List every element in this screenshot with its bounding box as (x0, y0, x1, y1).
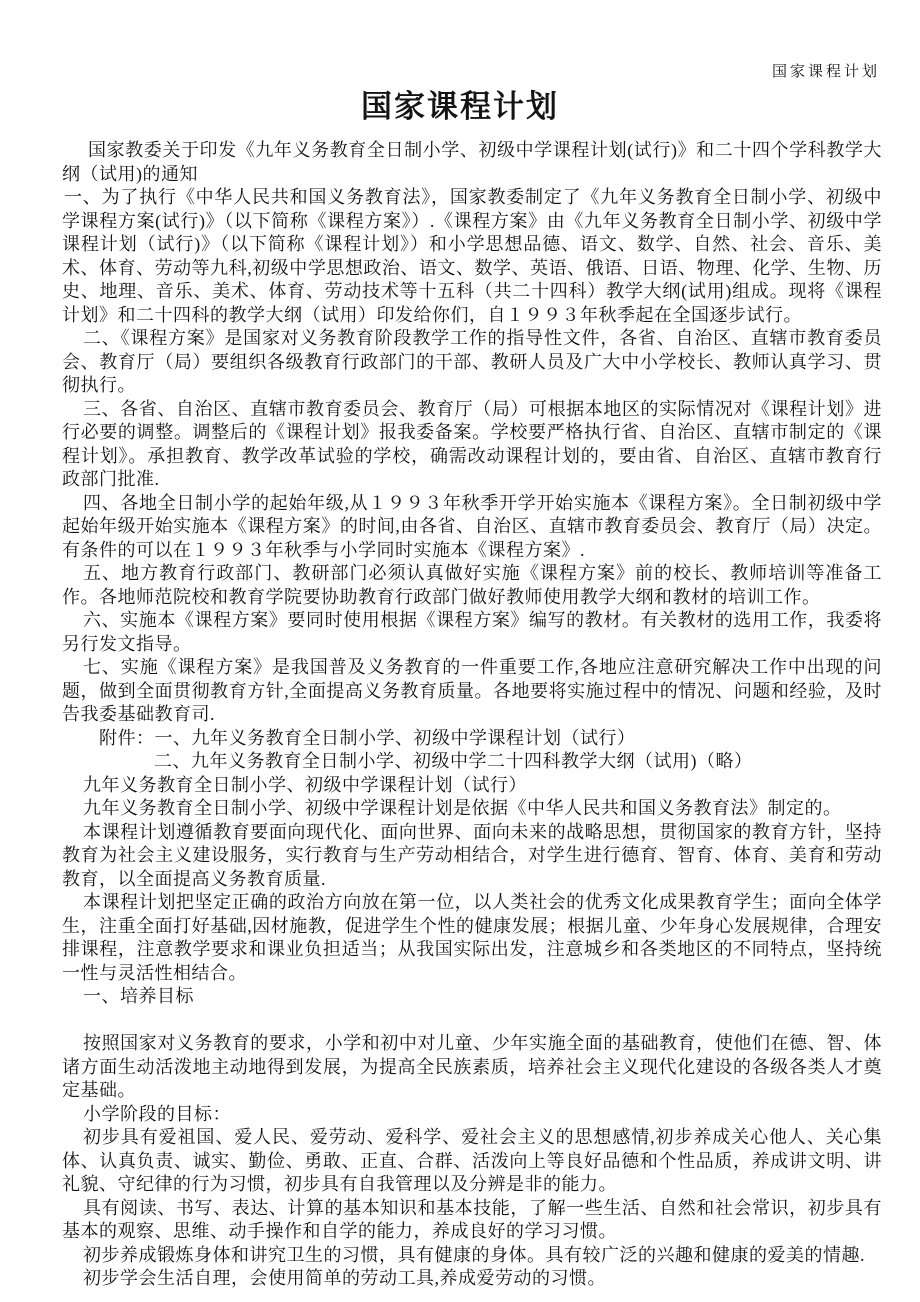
plan-paragraph-1: 九年义务教育全日制小学、初级中学课程计划是依据《中华人民共和国义务教育法》制定的… (62, 797, 882, 821)
plan-paragraph-3: 本课程计划把坚定正确的政治方向放在第一位，以人类社会的优秀文化成果教育学生；面向… (62, 891, 882, 985)
section1-heading: 一、培养目标 (62, 985, 882, 1009)
section1-paragraph-5: 初步养成锻炼身体和讲究卫生的习惯，具有健康的身体。具有较广泛的兴趣和健康的爱美的… (62, 1244, 882, 1268)
notice-item-7: 七、实施《课程方案》是我国普及义务教育的一件重要工作,各地应注意研究解决工作中出… (62, 656, 882, 727)
running-header: 国家课程计划 (0, 0, 920, 80)
plan-heading: 九年义务教育全日制小学、初级中学课程计划（试行） (62, 774, 882, 798)
page-title: 国家课程计划 (0, 86, 920, 128)
notice-item-2: 二、《课程方案》是国家对义务教育阶段教学工作的指导性文件，各省、自治区、直辖市教… (62, 327, 882, 398)
notice-item-4: 四、各地全日制小学的起始年级,从１９９３年秋季开学开始实施本《课程方案》。全日制… (62, 492, 882, 563)
plan-paragraph-2: 本课程计划遵循教育要面向现代化、面向世界、面向未来的战略思想，贯彻国家的教育方针… (62, 821, 882, 892)
notice-item-5: 五、地方教育行政部门、教研部门必须认真做好实施《课程方案》前的校长、教师培训等准… (62, 562, 882, 609)
notice-intro: 国家教委关于印发《九年义务教育全日制小学、初级中学课程计划(试行)》和二十四个学… (62, 139, 882, 186)
document-body: 国家教委关于印发《九年义务教育全日制小学、初级中学课程计划(试行)》和二十四个学… (0, 139, 920, 1291)
notice-item-1: 一、为了执行《中华人民共和国义务教育法》，国家教委制定了《九年义务教育全日制小学… (62, 186, 882, 327)
section1-paragraph-4: 具有阅读、书写、表达、计算的基本知识和基本技能，了解一些生活、自然和社会常识，初… (62, 1197, 882, 1244)
section1-paragraph-2: 小学阶段的目标： (62, 1103, 882, 1127)
notice-item-6: 六、实施本《课程方案》要同时使用根据《课程方案》编写的教材。有关教材的选用工作，… (62, 609, 882, 656)
section1-paragraph-6: 初步学会生活自理，会使用简单的劳动工具,养成爱劳动的习惯。 (62, 1267, 882, 1291)
attachment-line-2: 二、九年义务教育全日制小学、初级中学二十四科教学大纲（试用)（略） (62, 750, 882, 774)
section1-paragraph-1: 按照国家对义务教育的要求，小学和初中对儿童、少年实施全面的基础教育，使他们在德、… (62, 1032, 882, 1103)
attachment-line-1: 附件：一、九年义务教育全日制小学、初级中学课程计划（试行） (62, 727, 882, 751)
notice-item-3: 三、各省、自治区、直辖市教育委员会、教育厅（局）可根据本地区的实际情况对《课程计… (62, 398, 882, 492)
section1-paragraph-3: 初步具有爱祖国、爱人民、爱劳动、爱科学、爱社会主义的思想感情,初步养成关心他人、… (62, 1126, 882, 1197)
document-page: 国家课程计划 国家课程计划 国家教委关于印发《九年义务教育全日制小学、初级中学课… (0, 0, 920, 1302)
